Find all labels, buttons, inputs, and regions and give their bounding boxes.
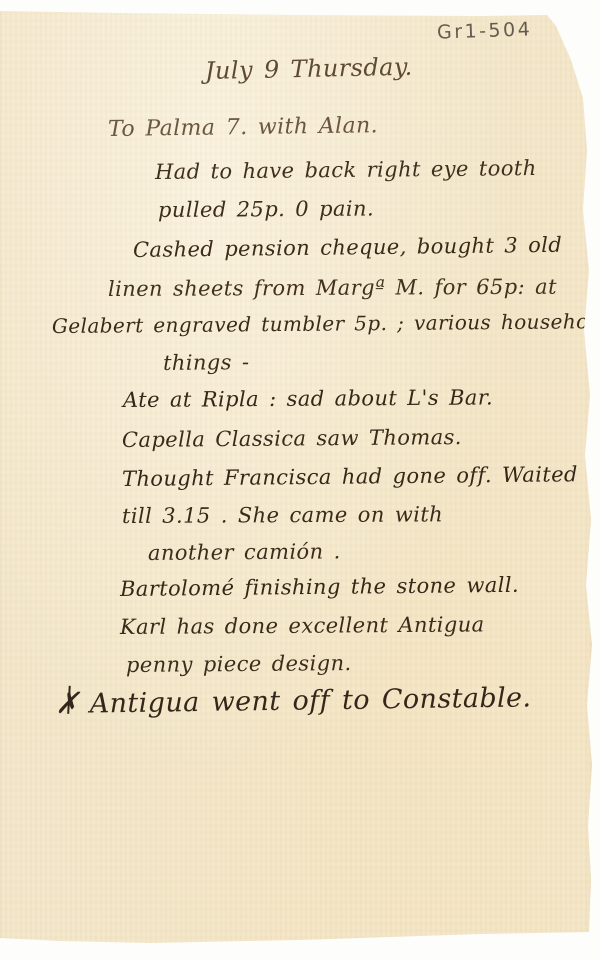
diary-line: linen sheets from Margª M. for 65p: at [108, 275, 557, 301]
diary-line: Ate at Ripla : sad about L's Bar. [123, 385, 493, 412]
diary-line: Bartolomé finishing the stone wall. [120, 573, 519, 601]
diary-line: pulled 25p. 0 pain. [158, 196, 374, 222]
diary-line: another camión . [148, 539, 341, 565]
diary-line: penny piece design. [126, 651, 352, 677]
diary-footnote: ✗Antigua went off to Constable. [55, 679, 532, 720]
diary-line: Thought Francisca had gone off. Waited [122, 462, 578, 491]
footnote-text: Antigua went off to Constable. [90, 682, 532, 719]
diary-line: Capella Classica saw Thomas. [122, 425, 462, 452]
paper-sheet: Gr1-504 July 9 Thursday. To Palma 7. wit… [0, 0, 600, 960]
archive-label: Gr1-504 [437, 18, 533, 43]
diary-line: Karl has done excellent Antigua [120, 612, 485, 639]
scanned-diary-page: Gr1-504 July 9 Thursday. To Palma 7. wit… [0, 0, 600, 960]
diary-line: things - [163, 350, 250, 375]
entry-date-heading: July 9 Thursday. [205, 53, 413, 85]
diary-line: till 3.15 . She came on with [122, 502, 443, 528]
diary-line: To Palma 7. with Alan. [108, 113, 378, 142]
x-mark-icon: ✗ [55, 686, 80, 720]
diary-line: Cashed pension cheque, bought 3 old [133, 233, 562, 262]
diary-line: Had to have back right eye tooth [155, 156, 537, 184]
diary-line: Gelabert engraved tumbler 5p. ; various … [52, 309, 600, 338]
